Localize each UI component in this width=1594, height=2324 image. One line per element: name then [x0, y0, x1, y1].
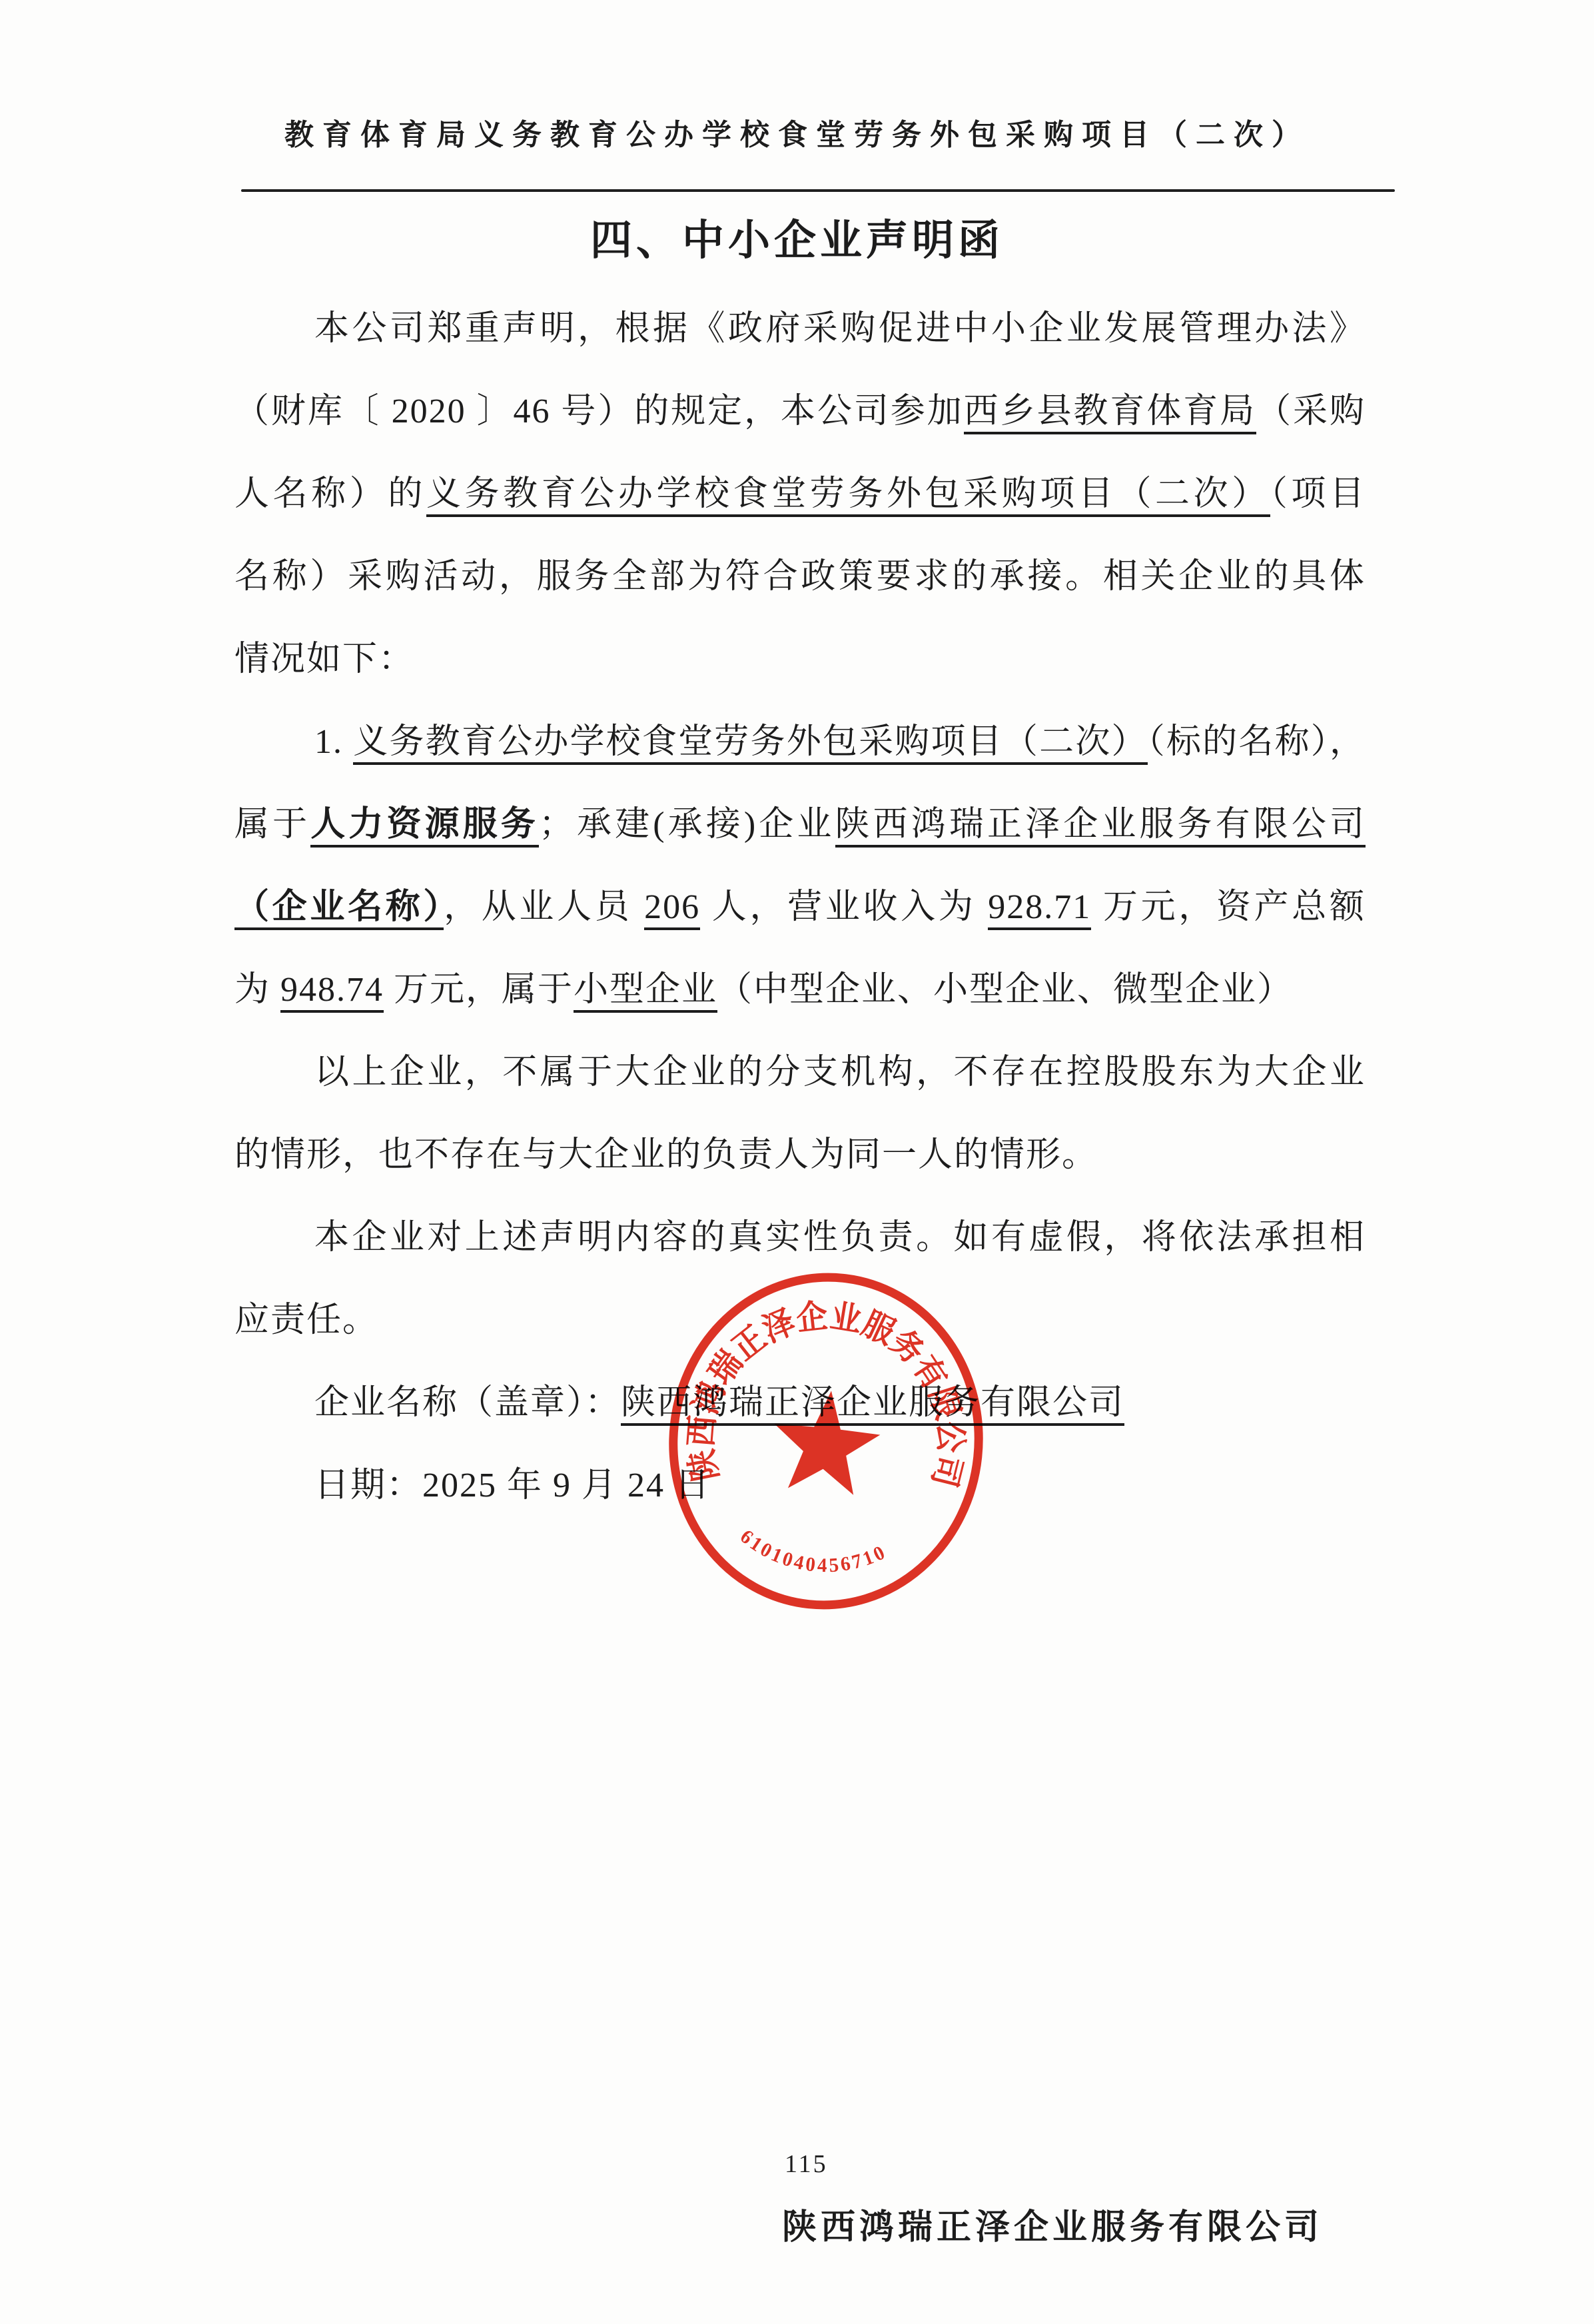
document-line: （企业名称），从业人员 206 人，营业收入为 928.71 万元，资产总额	[234, 866, 1366, 949]
document-line: 以上企业，不属于大企业的分支机构，不存在控股股东为大企业	[234, 1031, 1366, 1114]
body-text: 以上企业，不属于大企业的分支机构，不存在控股股东为大企业	[314, 1053, 1366, 1091]
filled-in-field-text: 948.74	[280, 971, 384, 1013]
body-text: （财库〔 2020 〕46 号）的规定，本公司参加	[234, 392, 964, 430]
body-text: 1.	[314, 723, 353, 761]
body-text: 属于	[234, 806, 310, 844]
seal-group: 陕西鸿瑞正泽企业服务有限公司 6101040456710	[657, 1262, 995, 1620]
document-line: 1. 义务教育公办学校食堂劳务外包采购项目（二次）（标的名称），	[234, 701, 1366, 784]
body-text: 本企业对上述声明内容的真实性负责。如有虚假，将依法承担相	[314, 1219, 1366, 1257]
filled-in-field-text: 206	[644, 888, 700, 930]
body-text: 为	[234, 971, 280, 1009]
filled-in-field-text: 928.71	[988, 888, 1091, 930]
body-text: （中型企业、小型企业、微型企业）	[717, 971, 1293, 1009]
body-text: 名称）采购活动，服务全部为符合政策要求的承接。相关企业的具体	[234, 558, 1366, 596]
body-text: 人名称）的	[234, 475, 426, 513]
document-line: 情况如下：	[234, 618, 1366, 701]
body-text: ，从业人员	[444, 888, 644, 926]
footer-company-name: 陕西鸿瑞正泽企业服务有限公司	[782, 2199, 1323, 2249]
body-text: （项目	[1270, 475, 1366, 513]
seal-star-icon	[768, 1385, 885, 1497]
header-divider-line	[241, 189, 1395, 192]
document-page: 教育体育局义务教育公办学校食堂劳务外包采购项目（二次） 四、中小企业声明函 本公…	[0, 0, 1594, 2324]
filled-in-field-text: 陕西鸿瑞正泽企业服务有限公司	[835, 806, 1366, 848]
body-text: 应责任。	[234, 1301, 378, 1339]
body-text: 日期：2025 年 9 月 24 日	[314, 1466, 711, 1504]
filled-in-field-text: 西乡县教育体育局	[964, 392, 1256, 434]
body-text: 人，营业收入为	[700, 888, 988, 926]
body-text: 的情形，也不存在与大企业的负责人为同一人的情形。	[234, 1136, 1098, 1174]
document-line: 为 948.74 万元，属于小型企业（中型企业、小型企业、微型企业）	[234, 949, 1366, 1031]
body-text: ；承建(承接)企业	[539, 806, 835, 844]
body-text: （采购	[1256, 392, 1366, 430]
filled-in-field-text: 义务教育公办学校食堂劳务外包采购项目（二次）	[353, 723, 1148, 765]
body-text: 情况如下：	[234, 640, 414, 678]
document-line: 本公司郑重声明，根据《政府采购促进中小企业发展管理办法》	[234, 288, 1366, 370]
body-text: 万元，资产总额	[1091, 888, 1366, 926]
company-seal-stamp: 陕西鸿瑞正泽企业服务有限公司 6101040456710	[642, 1251, 1010, 1630]
document-header: 教育体育局义务教育公办学校食堂劳务外包采购项目（二次）	[0, 111, 1594, 153]
document-line: 的情形，也不存在与大企业的负责人为同一人的情形。	[234, 1114, 1366, 1197]
body-text: （标的名称），	[1148, 723, 1366, 761]
document-line: 属于人力资源服务；承建(承接)企业陕西鸿瑞正泽企业服务有限公司	[234, 784, 1366, 866]
body-text: 本公司郑重声明，根据《政府采购促进中小企业发展管理办法》	[314, 310, 1366, 348]
filled-in-field-text: 小型企业	[574, 971, 717, 1013]
filled-in-field-text: 义务教育公办学校食堂劳务外包采购项目（二次）	[426, 475, 1270, 517]
document-line: （财库〔 2020 〕46 号）的规定，本公司参加西乡县教育体育局（采购	[234, 370, 1366, 453]
body-text: 企业名称（盖章）：	[314, 1384, 621, 1422]
body-text: 万元，属于	[384, 971, 574, 1009]
page-number: 115	[785, 2149, 828, 2179]
document-line: 人名称）的义务教育公办学校食堂劳务外包采购项目（二次）（项目	[234, 453, 1366, 536]
document-line: 名称）采购活动，服务全部为符合政策要求的承接。相关企业的具体	[234, 536, 1366, 618]
filled-in-field-text: （企业名称）	[234, 888, 444, 930]
seal-number-text: 6101040456710	[733, 1524, 893, 1584]
page-title: 四、中小企业声明函	[0, 207, 1594, 267]
filled-in-field-text: 人力资源服务	[310, 806, 539, 848]
